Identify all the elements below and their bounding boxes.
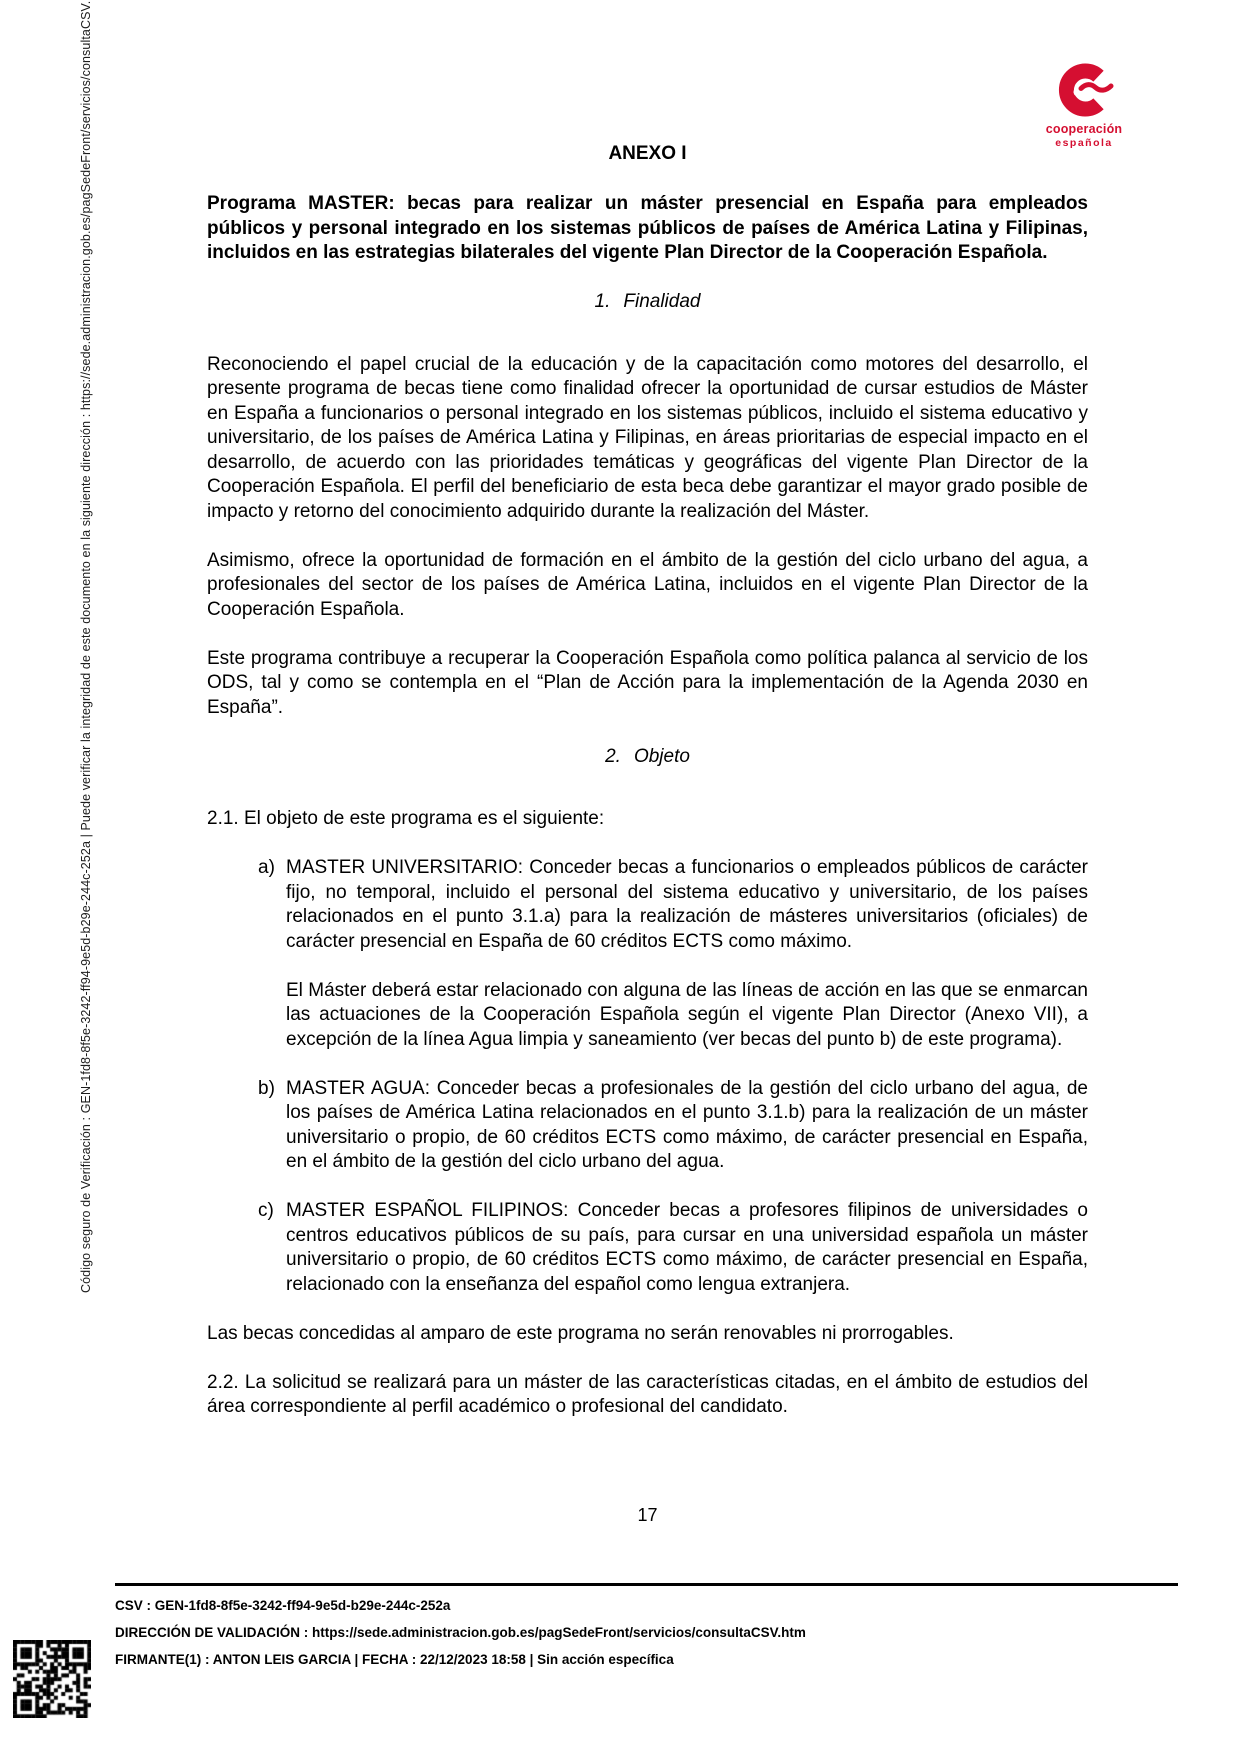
list-item-a: a) MASTER UNIVERSITARIO: Conceder becas … (207, 856, 1088, 1052)
list-marker-b: b) (258, 1077, 275, 1102)
logo-c-icon (1052, 62, 1116, 118)
section-number: 1. (595, 291, 611, 312)
paragraph-finalidad-2: Asimismo, ofrece la oportunidad de forma… (207, 549, 1088, 623)
logo-text-line1: cooperación (1038, 122, 1130, 136)
list-item-b-paragraph-1: MASTER AGUA: Conceder becas a profesiona… (286, 1077, 1088, 1175)
section-number: 2. (605, 746, 621, 767)
section-heading-objeto: 2.Objeto (207, 745, 1088, 770)
page-number: 17 (207, 1505, 1088, 1526)
list-marker-a: a) (258, 856, 275, 881)
paragraph-finalidad-1: Reconociendo el papel crucial de la educ… (207, 353, 1088, 525)
list-item-b: b) MASTER AGUA: Conceder becas a profesi… (207, 1077, 1088, 1175)
document-body: ANEXO I Programa MASTER: becas para real… (207, 143, 1088, 1444)
footer-signer: FIRMANTE(1) : ANTON LEIS GARCIA | FECHA … (115, 1646, 1115, 1673)
paragraph-finalidad-3: Este programa contribuye a recuperar la … (207, 647, 1088, 721)
section-label: Finalidad (623, 291, 700, 312)
paragraph-2-2: 2.2. La solicitud se realizará para un m… (207, 1371, 1088, 1420)
cooperacion-espanola-logo: cooperación española (1038, 62, 1130, 149)
section-heading-finalidad: 1.Finalidad (207, 290, 1088, 315)
list-marker-c: c) (258, 1199, 274, 1224)
footer-divider (115, 1583, 1178, 1586)
footer-validation-url: DIRECCIÓN DE VALIDACIÓN : https://sede.a… (115, 1619, 1115, 1646)
paragraph-becas-no-renovables: Las becas concedidas al amparo de este p… (207, 1322, 1088, 1347)
list-item-a-paragraph-1: MASTER UNIVERSITARIO: Conceder becas a f… (286, 856, 1088, 954)
list-item-c-paragraph-1: MASTER ESPAÑOL FILIPINOS: Conceder becas… (286, 1199, 1088, 1297)
intro-paragraph: Programa MASTER: becas para realizar un … (207, 192, 1088, 266)
paragraph-2-1: 2.1. El objeto de este programa es el si… (207, 807, 1088, 832)
section-label: Objeto (634, 746, 690, 767)
validation-footer: CSV : GEN-1fd8-8f5e-3242-ff94-9e5d-b29e-… (115, 1592, 1115, 1673)
list-item-a-paragraph-2: El Máster deberá estar relacionado con a… (286, 979, 1088, 1053)
verification-sidebar-text: Código seguro de Verificación : GEN-1fd8… (79, 0, 93, 1293)
document-page: Código seguro de Verificación : GEN-1fd8… (0, 0, 1240, 1755)
qr-code (13, 1640, 91, 1718)
footer-csv: CSV : GEN-1fd8-8f5e-3242-ff94-9e5d-b29e-… (115, 1592, 1115, 1619)
list-item-c: c) MASTER ESPAÑOL FILIPINOS: Conceder be… (207, 1199, 1088, 1297)
page-title: ANEXO I (207, 143, 1088, 165)
